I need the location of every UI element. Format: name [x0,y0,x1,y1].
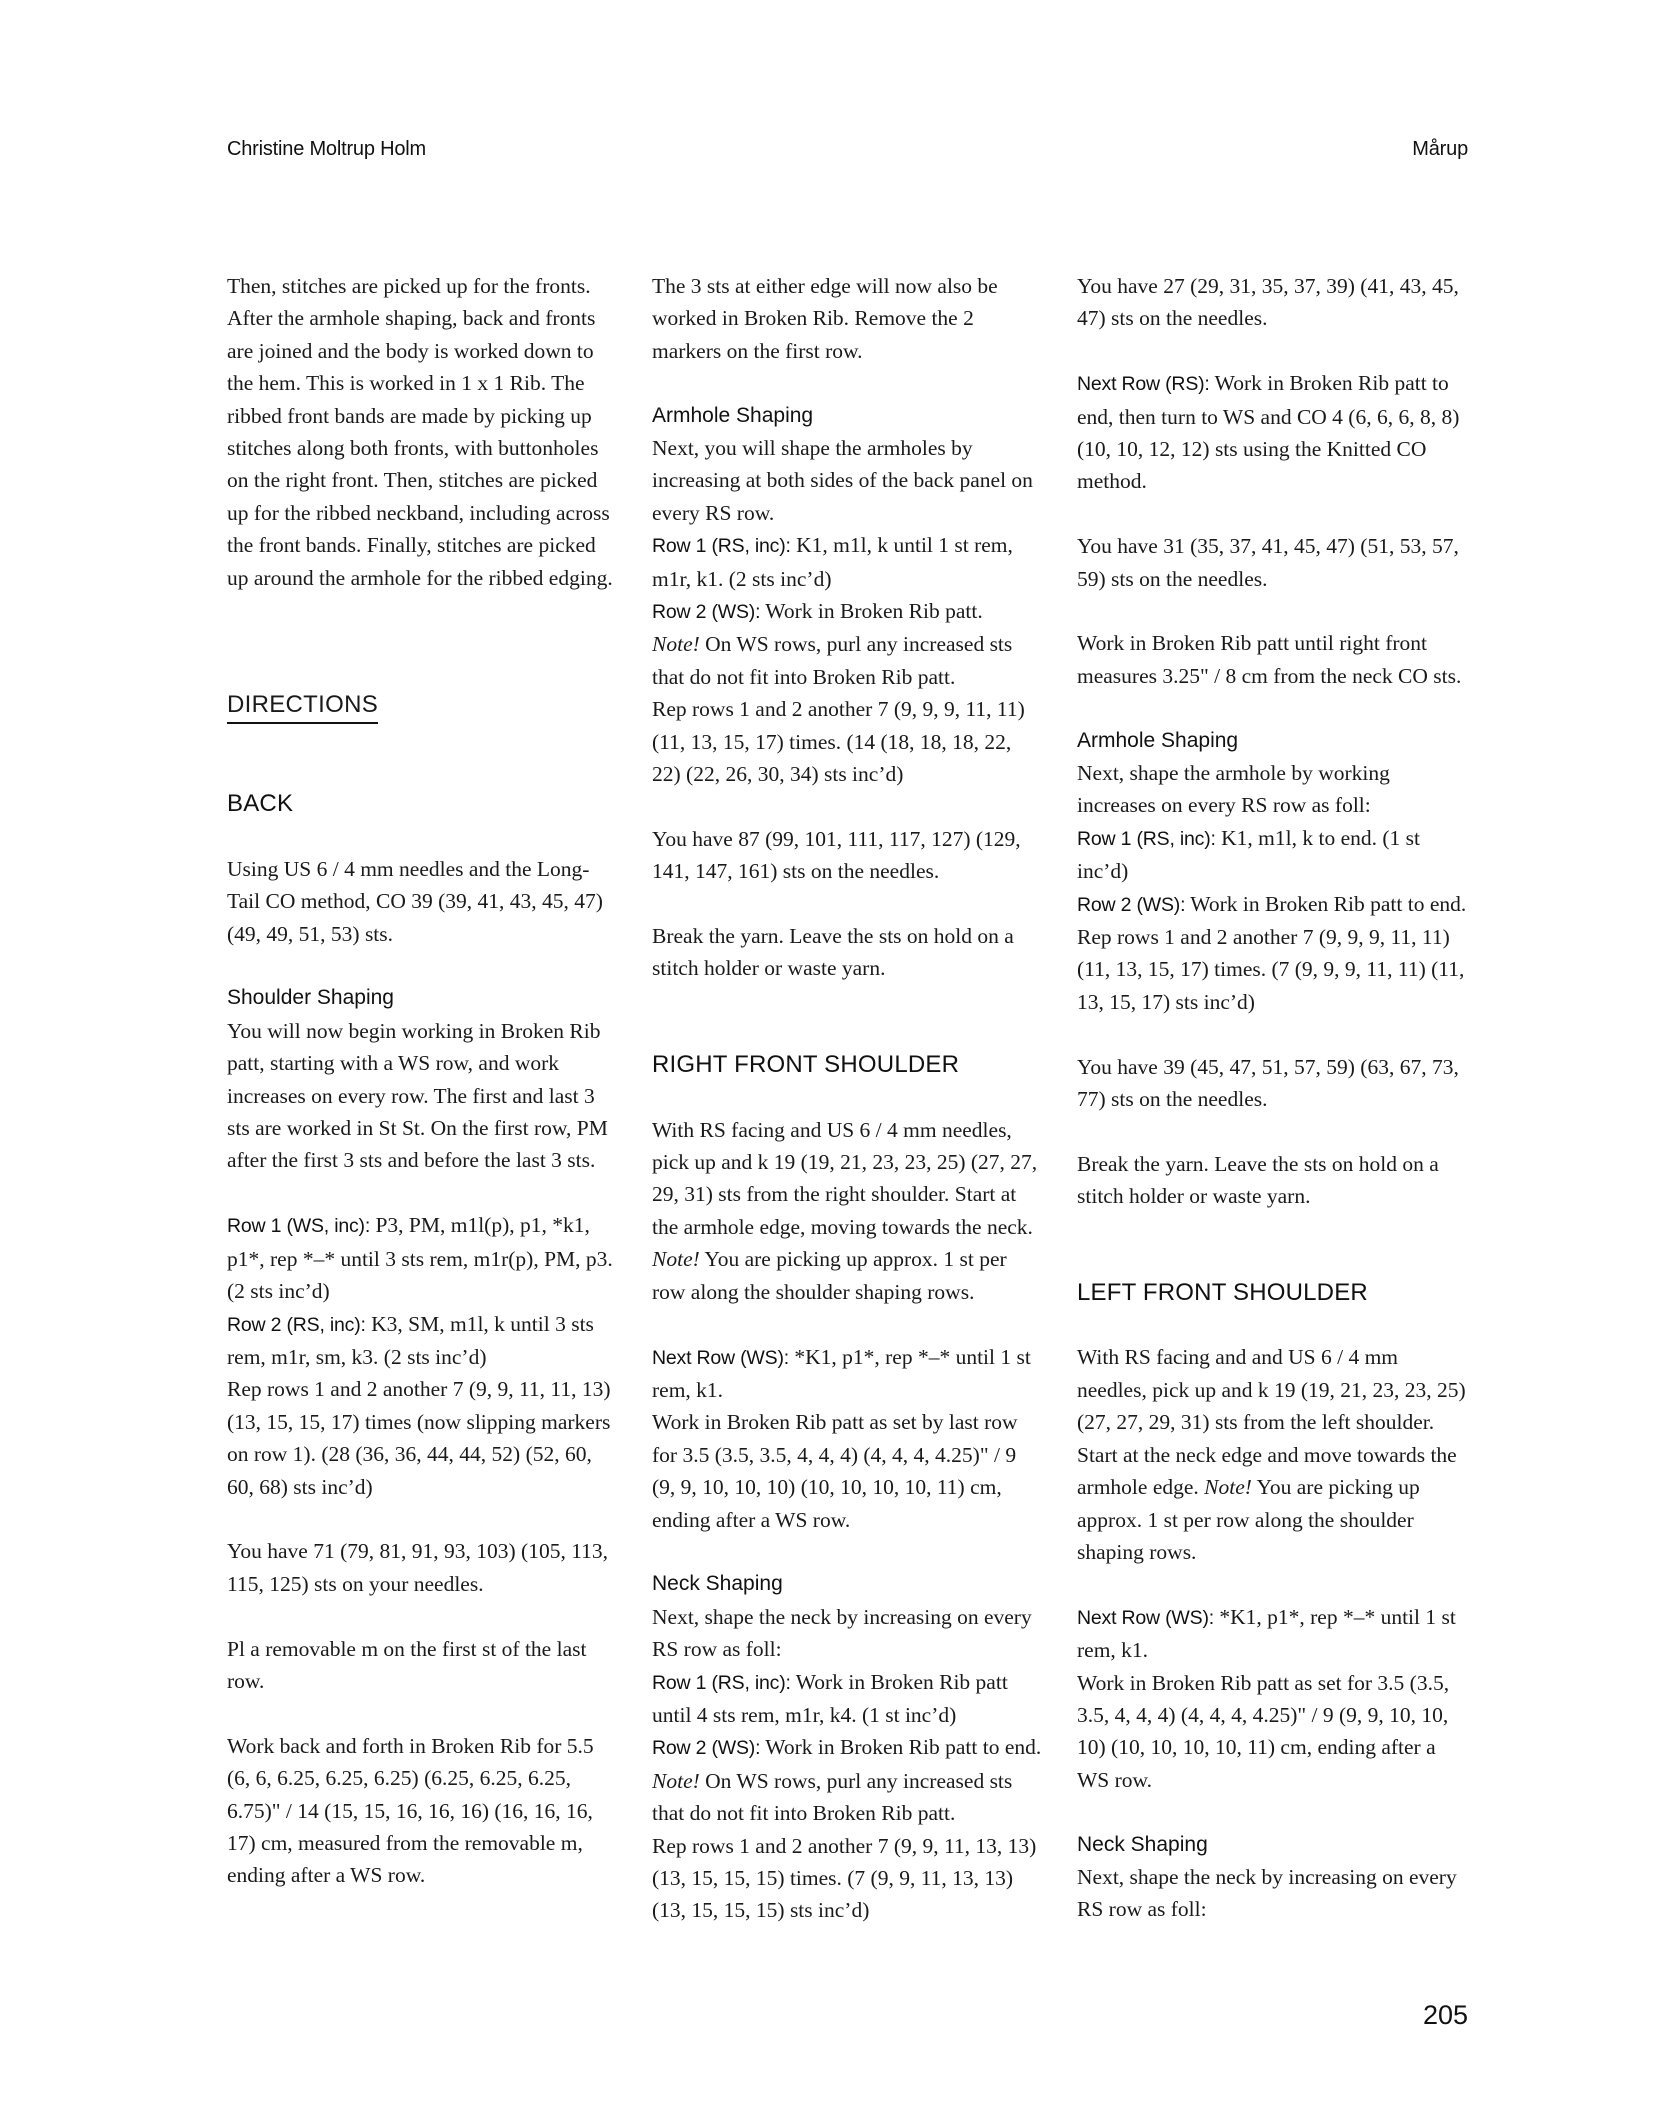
running-header-pattern-name: Mårup [1412,138,1468,161]
neck-shaping-subheading: Neck Shaping [1077,1829,1467,1861]
row-label: Next Row (WS): [652,1347,789,1369]
row-label: Row 2 (WS): [652,1737,760,1759]
neck-intro: Next, shape the neck by increasing on ev… [652,1601,1042,1666]
page-number: 205 [1423,2000,1468,2031]
next-row-instruction: Next Row (WS): *K1, p1*, rep *–* until 1… [652,1341,1042,1407]
neck-intro: Next, shape the neck by increasing on ev… [1077,1861,1467,1926]
stitch-count: You have 71 (79, 81, 91, 93, 103) (105, … [227,1535,617,1600]
work-until-instruction: Work in Broken Rib patt until right fron… [1077,627,1467,692]
row-label: Next Row (WS): [1077,1607,1214,1629]
stitch-count: You have 27 (29, 31, 35, 37, 39) (41, 43… [1077,270,1467,335]
row-label: Row 1 (RS, inc): [1077,828,1216,850]
row-label: Row 2 (WS): [1077,894,1185,916]
stitch-count: You have 39 (45, 47, 51, 57, 59) (63, 67… [1077,1051,1467,1116]
armhole-intro: Next, you will shape the armholes by inc… [652,432,1042,529]
neck-row-2-instruction: Row 2 (WS): Work in Broken Rib patt to e… [652,1731,1042,1764]
edge-stitches-paragraph: The 3 sts at either edge will now also b… [652,270,1042,367]
break-yarn-instruction: Break the yarn. Leave the sts on hold on… [652,920,1042,985]
row-label: Row 1 (RS, inc): [652,535,791,557]
row-2-instruction: Row 2 (WS): Work in Broken Rib patt to e… [1077,888,1467,921]
stitch-count: You have 87 (99, 101, 111, 117, 127) (12… [652,823,1042,888]
armhole-shaping-subheading: Armhole Shaping [652,400,1042,432]
left-front-pickup-paragraph: With RS facing and and US 6 / 4 mm needl… [1077,1341,1467,1568]
break-yarn-instruction: Break the yarn. Leave the sts on hold on… [1077,1148,1467,1213]
row-label: Row 1 (WS, inc): [227,1215,370,1237]
repeat-instruction: Rep rows 1 and 2 another 7 (9, 9, 9, 11,… [652,693,1042,790]
next-row-instruction: Next Row (RS): Work in Broken Rib patt t… [1077,367,1467,498]
row-1-instruction: Row 1 (WS, inc): P3, PM, m1l(p), p1, *k1… [227,1209,617,1307]
next-row-instruction: Next Row (WS): *K1, p1*, rep *–* until 1… [1077,1601,1467,1667]
shoulder-shaping-paragraph: You will now begin working in Broken Rib… [227,1015,617,1177]
neck-shaping-subheading: Neck Shaping [652,1568,1042,1600]
column-2: The 3 sts at either edge will now also b… [652,270,1042,1959]
work-instruction: Work in Broken Rib patt as set by last r… [652,1406,1042,1536]
work-back-instruction: Work back and forth in Broken Rib for 5.… [227,1730,617,1892]
column-1: Then, stitches are picked up for the fro… [227,270,617,1924]
place-marker-instruction: Pl a removable m on the first st of the … [227,1633,617,1698]
row-label: Row 1 (RS, inc): [652,1672,791,1694]
intro-paragraph: Then, stitches are picked up for the fro… [227,270,617,594]
armhole-shaping-subheading: Armhole Shaping [1077,725,1467,757]
repeat-instruction: Rep rows 1 and 2 another 7 (9, 9, 9, 11,… [1077,921,1467,1018]
right-front-shoulder-heading: RIGHT FRONT SHOULDER [652,1049,1042,1081]
armhole-intro: Next, shape the armhole by working incre… [1077,757,1467,822]
repeat-instruction: Rep rows 1 and 2 another 7 (9, 9, 11, 11… [227,1373,617,1503]
row-label: Row 2 (RS, inc): [227,1314,366,1336]
row-1-instruction: Row 1 (RS, inc): K1, m1l, k to end. (1 s… [1077,822,1467,888]
stitch-count: You have 31 (35, 37, 41, 45, 47) (51, 53… [1077,530,1467,595]
neck-repeat-instruction: Rep rows 1 and 2 another 7 (9, 9, 11, 13… [652,1830,1042,1927]
note: Note! On WS rows, purl any increased sts… [652,1765,1042,1830]
note: Note! On WS rows, purl any increased sts… [652,628,1042,693]
row-label: Next Row (RS): [1077,373,1210,395]
row-2-instruction: Row 2 (RS, inc): K3, SM, m1l, k until 3 … [227,1308,617,1374]
row-1-instruction: Row 1 (RS, inc): K1, m1l, k until 1 st r… [652,529,1042,595]
shoulder-shaping-subheading: Shoulder Shaping [227,982,617,1014]
column-3: You have 27 (29, 31, 35, 37, 39) (41, 43… [1077,270,1467,1926]
directions-heading: DIRECTIONS [227,690,378,724]
work-instruction: Work in Broken Rib patt as set for 3.5 (… [1077,1667,1467,1797]
row-label: Row 2 (WS): [652,601,760,623]
row-2-instruction: Row 2 (WS): Work in Broken Rib patt. [652,595,1042,628]
right-front-pickup-paragraph: With RS facing and US 6 / 4 mm needles, … [652,1114,1042,1308]
neck-row-1-instruction: Row 1 (RS, inc): Work in Broken Rib patt… [652,1666,1042,1732]
back-section-heading: BACK [227,788,617,820]
back-cast-on-paragraph: Using US 6 / 4 mm needles and the Long-T… [227,853,617,950]
running-header-author: Christine Moltrup Holm [227,138,426,161]
left-front-shoulder-heading: LEFT FRONT SHOULDER [1077,1277,1467,1309]
